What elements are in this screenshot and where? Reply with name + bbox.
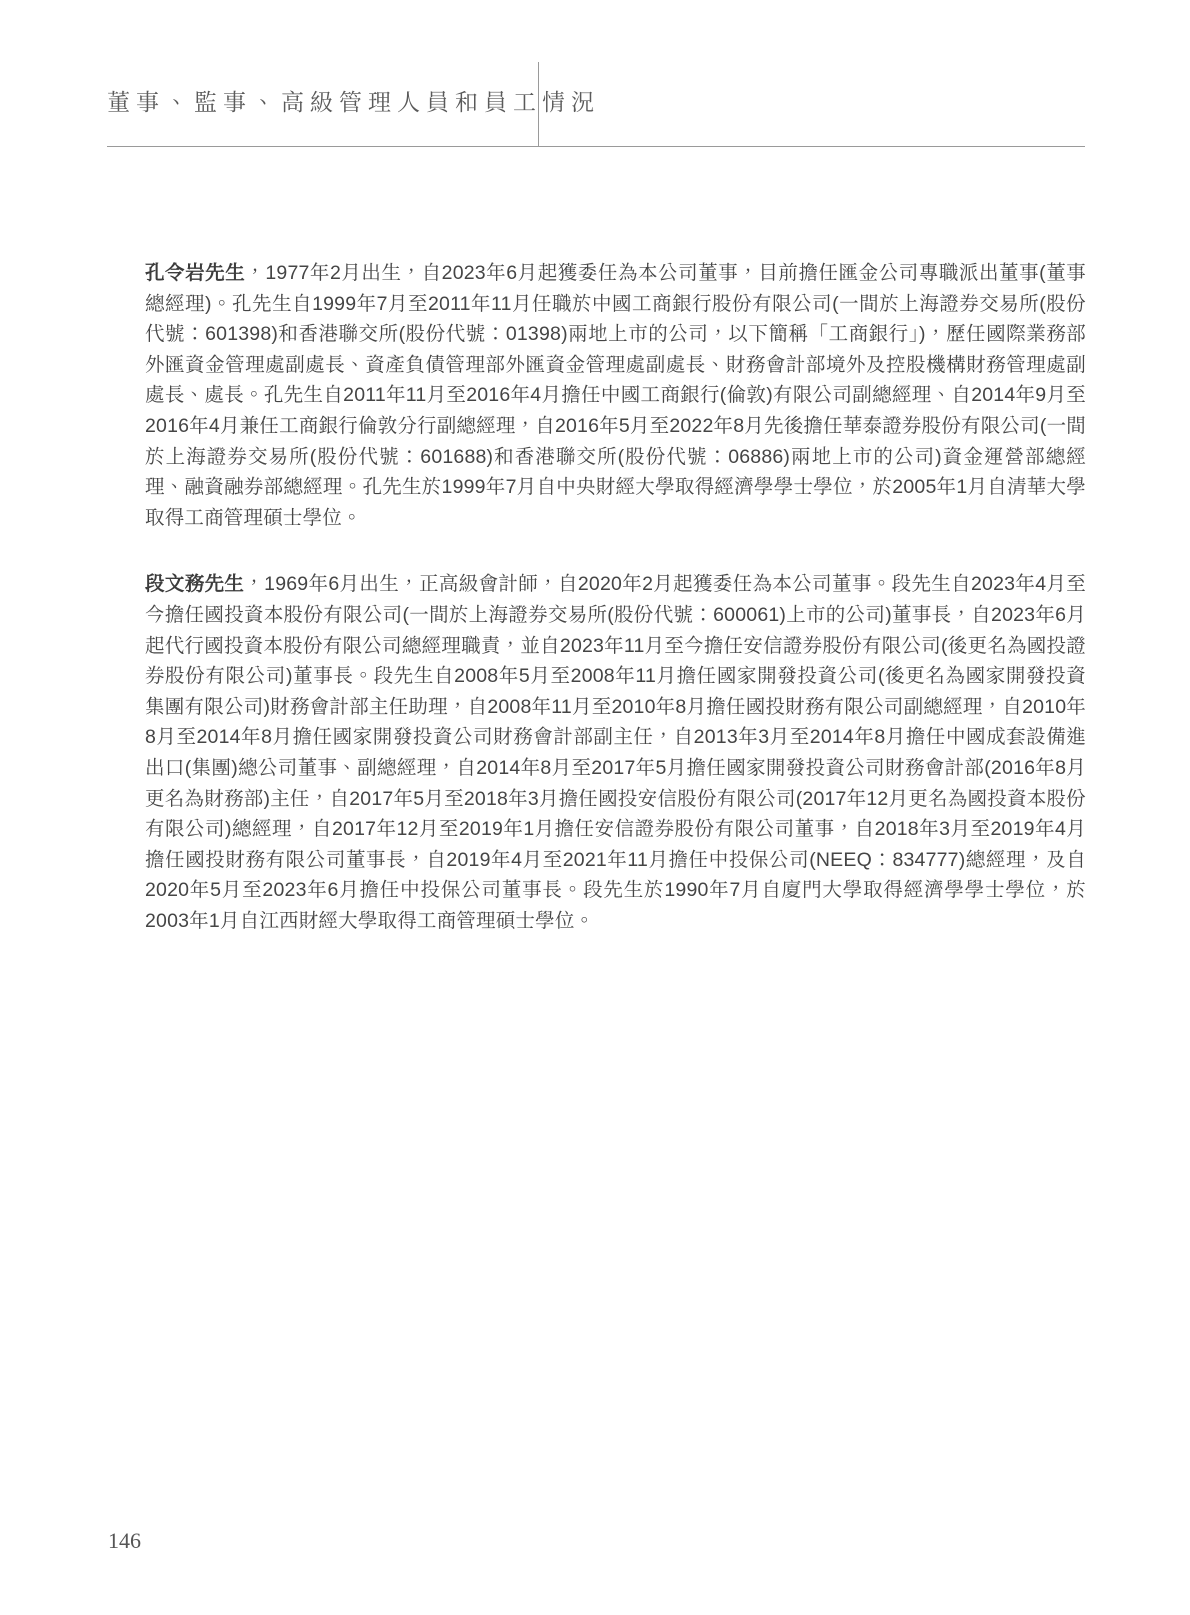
page-title: 董事、監事、高級管理人員和員工情況 [107, 84, 600, 117]
header-vertical-divider [538, 62, 539, 147]
page-number: 146 [108, 1528, 141, 1554]
bio-text-duan: ，1969年6月出生，正高級會計師，自2020年2月起獲委任為本公司董事。段先生… [145, 573, 1086, 932]
bio-text-kong: ，1977年2月出生，自2023年6月起獲委任為本公司董事，目前擔任匯金公司專職… [145, 262, 1086, 529]
header-horizontal-divider [107, 146, 1085, 147]
bio-paragraph-kong: 孔令岩先生，1977年2月出生，自2023年6月起獲委任為本公司董事，目前擔任匯… [145, 258, 1086, 533]
bio-paragraph-duan: 段文務先生，1969年6月出生，正高級會計師，自2020年2月起獲委任為本公司董… [145, 569, 1086, 936]
document-body: 孔令岩先生，1977年2月出生，自2023年6月起獲委任為本公司董事，目前擔任匯… [145, 258, 1086, 972]
person-name-duan: 段文務先生 [145, 573, 244, 595]
person-name-kong: 孔令岩先生 [145, 262, 245, 284]
